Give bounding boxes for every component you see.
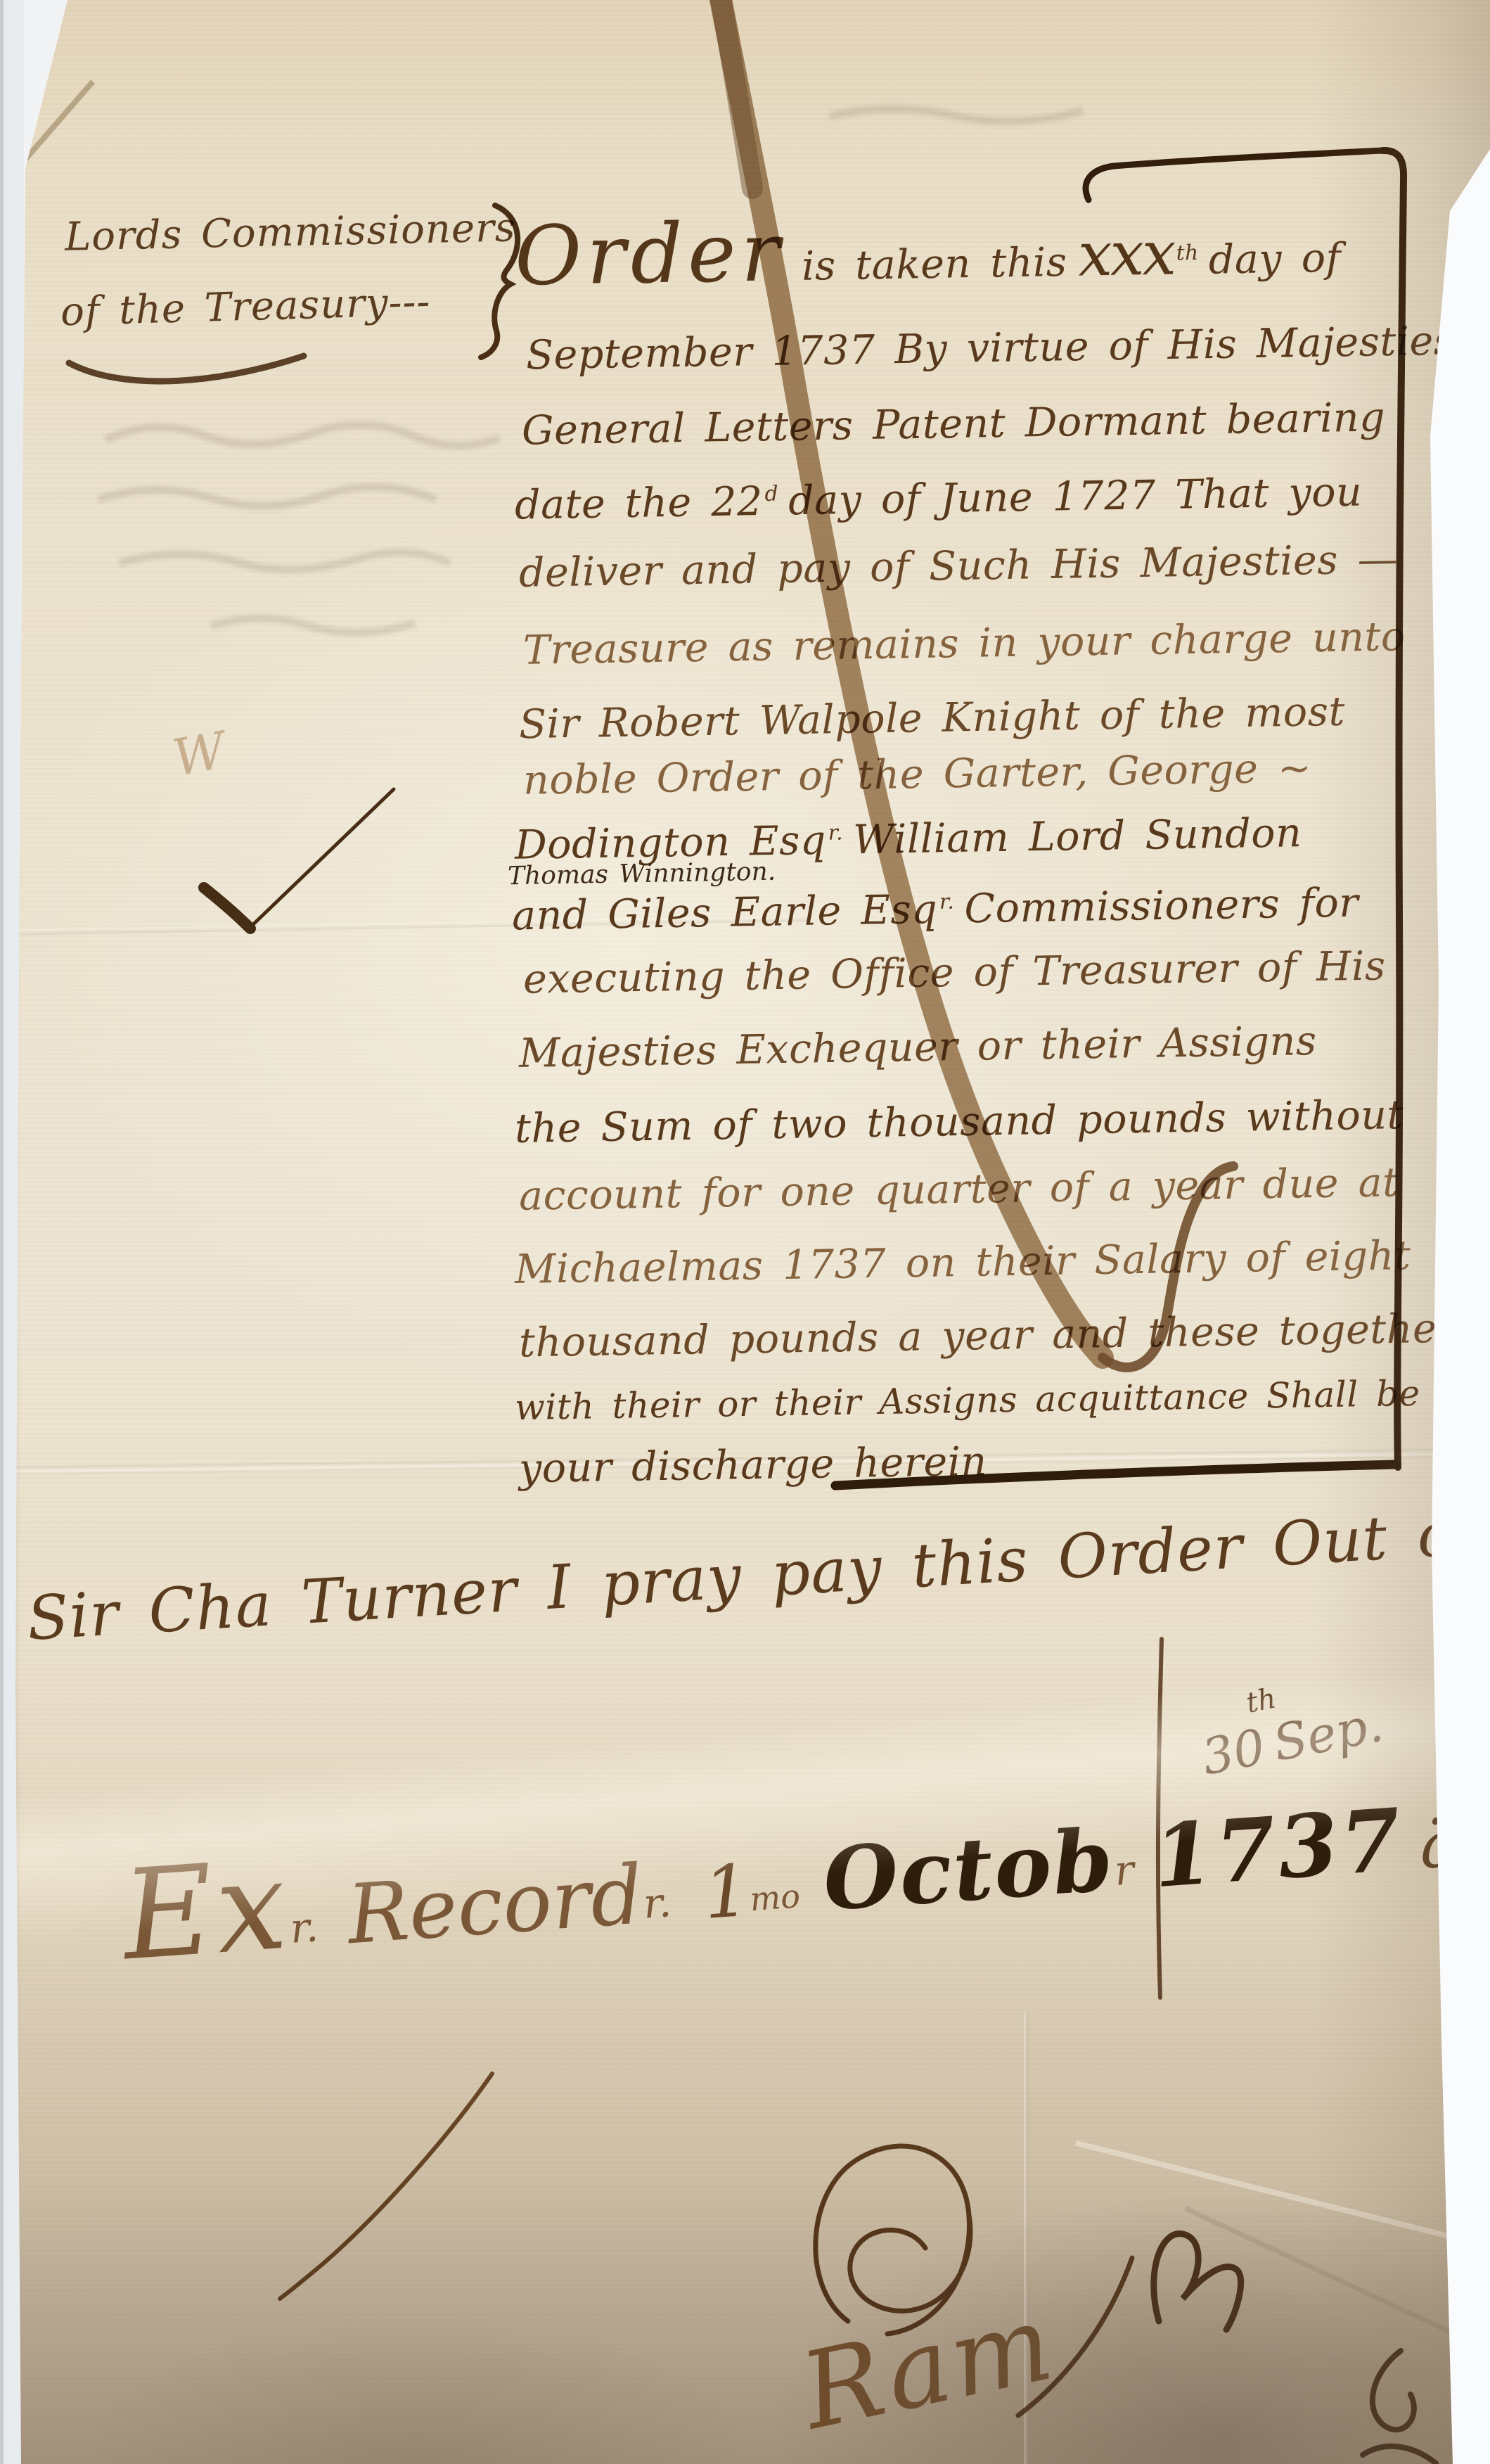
- record-day-sup: mo: [749, 1877, 802, 1918]
- body-line-letters-patent: General Letters Patent Dormant bearing: [522, 394, 1386, 454]
- margin-note-line1: Lords Commissioners: [64, 205, 516, 260]
- body-line-date: date the 22dday of June 1727 That you: [515, 469, 1363, 529]
- body-line-acquittance: with their or their Assigns acquittance …: [515, 1373, 1421, 1428]
- margin-note-line2: of the Treasury---: [60, 279, 431, 336]
- faint-w-mark: W: [168, 720, 229, 788]
- heading-swash: [69, 356, 304, 381]
- body-line-exchequer: Majesties Exchequer or their Assigns: [519, 1018, 1318, 1077]
- date-pre: date the 22: [515, 478, 764, 529]
- flourish-ampersand-mark: [1363, 2351, 1436, 2463]
- corner-crease: [0, 82, 93, 189]
- body-line-deliver: deliver and pay of Such His Majesties —: [519, 536, 1399, 596]
- record-month-sup: r: [1113, 1846, 1136, 1895]
- body-line-sum: the Sum of two thousand pounds without: [515, 1092, 1404, 1152]
- signature-text: Ram: [792, 2281, 1065, 2453]
- line1-mid: is taken this: [802, 239, 1067, 290]
- paper-sheet: Lords Commissioners of the Treasury--- O…: [0, 0, 1490, 2464]
- body-line-salary: thousand pounds a year and these togethe…: [519, 1306, 1457, 1367]
- bleedthrough-ghost-text: [98, 487, 436, 506]
- record-day-number: 1: [701, 1849, 752, 1936]
- bleedthrough-ghost-text: [120, 552, 450, 569]
- line1-end: day of: [1208, 235, 1341, 283]
- bleedthrough-ghost-text: [211, 618, 415, 632]
- record-abbreviation-tail: äzdbz: [1417, 1796, 1490, 1884]
- checkmark-thick-stroke: [204, 888, 250, 928]
- body-line-september: September 1737 By virtue of His Majestie…: [526, 318, 1455, 379]
- dodington-post: William Lord Sundon: [853, 810, 1302, 863]
- scanned-manuscript: Lords Commissioners of the Treasury--- O…: [0, 0, 1490, 2464]
- interline-insertion-winnington: Thomas Winnington.: [508, 857, 776, 891]
- record-year: 1737: [1150, 1789, 1407, 1907]
- body-line-quarter: account for one quarter of a year due at: [519, 1159, 1399, 1220]
- bleedthrough-ghost-text: [105, 425, 499, 446]
- exr-abbreviation: Ex: [118, 1833, 293, 1989]
- body-line-discharge: your discharge herein: [519, 1438, 988, 1492]
- large-ink-stroke-top: [720, 0, 752, 189]
- body-line-earle: and Giles Earle Esqr.Commissioners for: [512, 880, 1359, 940]
- record-month: Octob: [820, 1808, 1117, 1930]
- body-line-opening: Orderis taken thisxxxthday of: [514, 196, 1342, 304]
- exr-sup: r.: [288, 1903, 319, 1953]
- earle-pre: and Giles Earle Esq: [512, 886, 938, 939]
- record-sup: r.: [641, 1878, 672, 1928]
- dodington-sup: r.: [828, 819, 843, 844]
- border-frame-top: [1086, 151, 1382, 200]
- record-word: Record: [345, 1847, 646, 1962]
- pay-instruction-line: Sir Cha Turner I pray pay this Order Out…: [25, 1476, 1490, 1654]
- body-line-michaelmas: Michaelmas 1737 on their Salary of eight: [515, 1232, 1411, 1293]
- flourish-curve-left: [280, 2074, 492, 2299]
- day-suffix: th: [1176, 240, 1199, 264]
- day-roman-numeral: xxx: [1077, 219, 1174, 291]
- flourish-heart-mark: [1154, 2234, 1241, 2330]
- earle-post: Commissioners for: [964, 880, 1359, 933]
- date-sup: d: [764, 481, 778, 506]
- paper-crease-corner: [1184, 2206, 1490, 2371]
- earle-sup: r.: [939, 889, 955, 914]
- body-line-treasure: Treasure as remains in your charge unto: [523, 613, 1406, 674]
- checkmark-thin-stroke: [249, 789, 394, 928]
- record-endorsement-line: Exr. Recordr. 1mo Octobr 1737 äzdbz: [118, 1741, 1490, 1988]
- opening-word: Order: [514, 205, 785, 304]
- body-line-walpole: Sir Robert Walpole Knight of the most: [519, 689, 1346, 748]
- signature-loop-small: [850, 2216, 970, 2311]
- body-line-garter: noble Order of the Garter, George ~: [523, 745, 1312, 804]
- date-post: day of June 1727 That you: [788, 469, 1363, 525]
- bleedthrough-ghost-text: [830, 109, 1083, 121]
- paper-crease-corner: [1075, 2140, 1490, 2255]
- body-line-executing: executing the Office of Treasurer of His: [523, 943, 1387, 1002]
